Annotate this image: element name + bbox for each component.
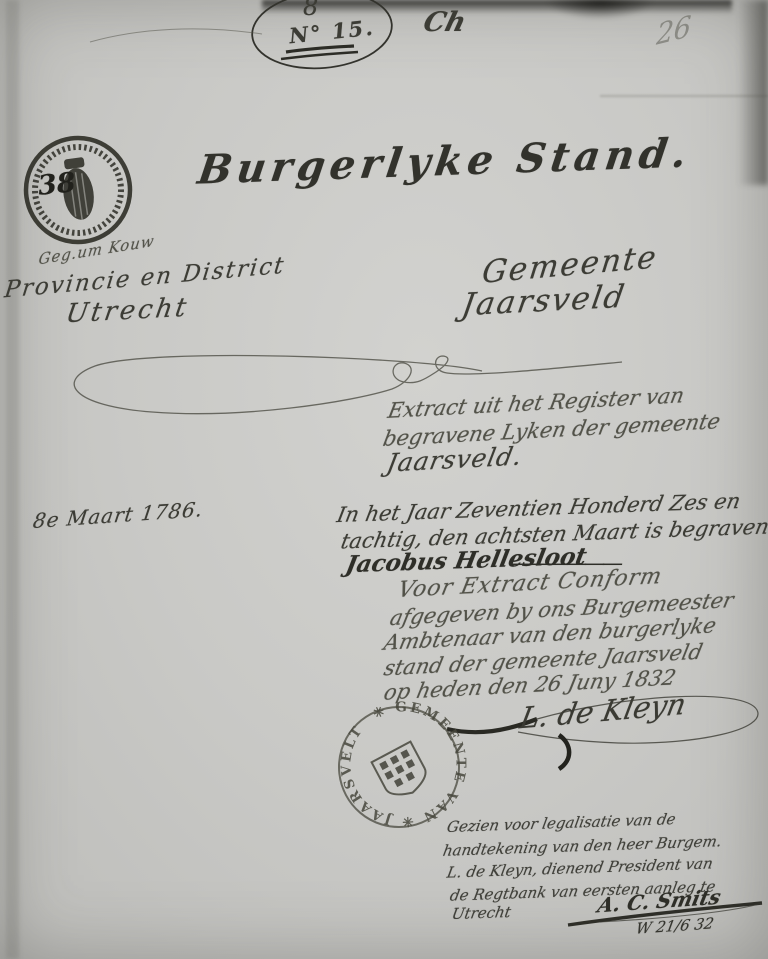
act-number-underline-2 <box>281 52 358 59</box>
check-mark: Ch <box>420 8 469 38</box>
province-line-2: Utrecht <box>64 294 191 329</box>
legalization-line-5: Utrecht <box>451 904 513 923</box>
ink-curl <box>559 735 569 769</box>
stamp-denomination: 38 <box>37 168 77 201</box>
page-number-mark: 8 <box>303 0 318 20</box>
act-number-swash <box>90 29 262 42</box>
document-page: 38 ✳ GEMEENTE VAN ✳ JAARSVELT 8 N° 15. C… <box>0 0 768 959</box>
seal-shield <box>372 742 432 803</box>
